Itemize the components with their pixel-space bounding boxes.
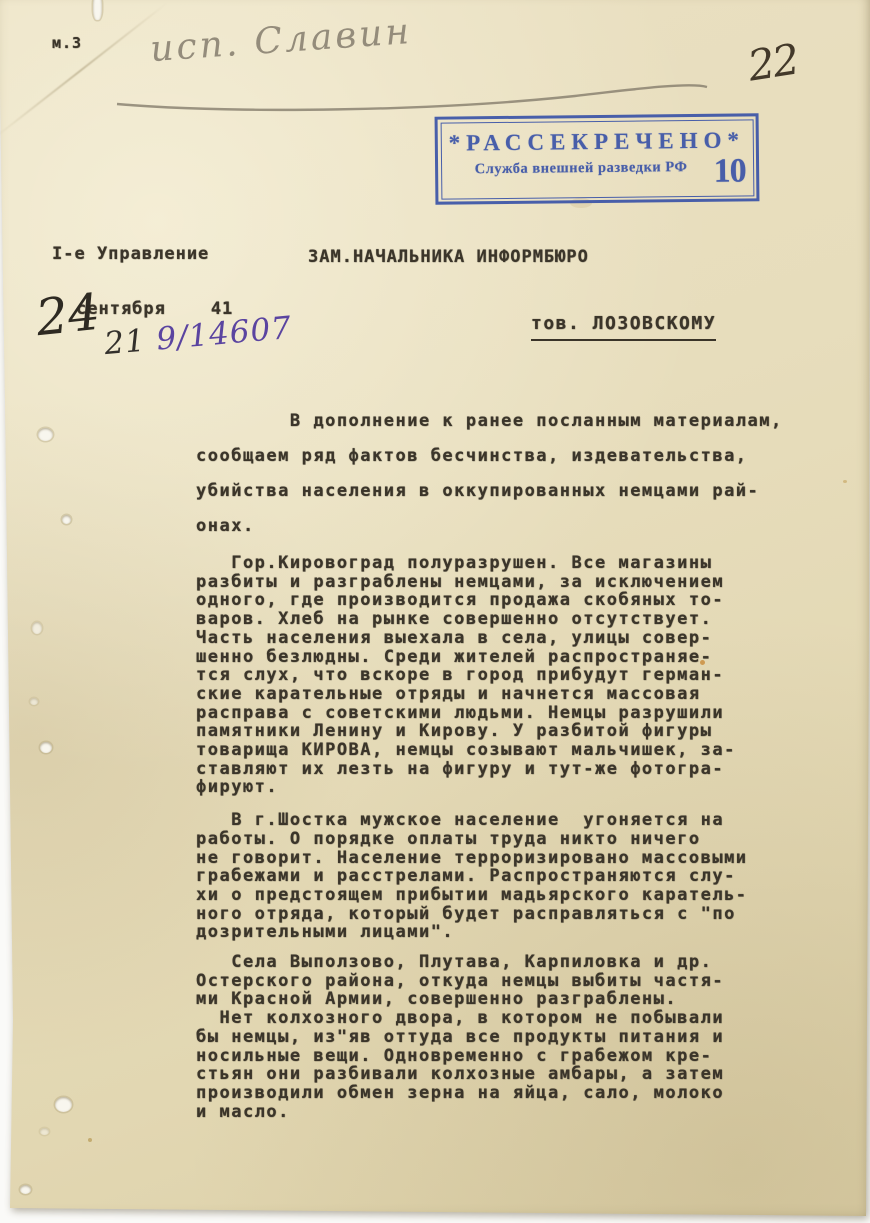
document-line: ставляют их лезть на фигуру и тут-же фот… [196, 760, 776, 779]
document-line: В дополнение к ранее посланным материала… [196, 404, 776, 439]
pencil-underline [105, 66, 720, 116]
registration-number-prefix: 21 [103, 323, 147, 362]
paper-hole [20, 1185, 31, 1194]
document-line: ного отряда, который будет расправляться… [196, 905, 776, 924]
stamp-number: 10 [713, 152, 745, 190]
document-line: памятники Ленину и Кирову. У разбитой фи… [196, 722, 776, 741]
document-line: Нет колхозного двора, в котором не побыв… [196, 1009, 776, 1028]
document-line: В г.Шостка мужское население угоняется н… [196, 811, 776, 830]
document-line: ми Красной Армии, совершенно разграблены… [196, 990, 776, 1009]
paper-hole [30, 698, 38, 705]
paper-hole [40, 742, 52, 753]
document-line: Гор.Кировоград полуразрушен. Все магазин… [196, 554, 776, 573]
stamp-subtitle: Служба внешней разведки РФ [426, 158, 737, 178]
document-line: и масло. [196, 1103, 776, 1122]
document-line: носильные вещи. Одновременно с грабежом … [196, 1047, 776, 1066]
document-line: дозрительными лицами". [196, 923, 776, 942]
document-line: шенно безлюдны. Среди жителей распростра… [196, 648, 776, 667]
addressee-name: тов. ЛОЗОВСКОМУ [531, 313, 716, 341]
document-line: работы. О порядке оплаты труда никто нич… [196, 830, 776, 849]
document-line: Села Выползово, Плутава, Карпиловка и др… [196, 953, 776, 972]
document-line: производили обмен зерна на яйца, сало, м… [196, 1084, 776, 1103]
paper-hole [62, 515, 71, 524]
document-line: Остерского района, откуда немцы выбиты ч… [196, 972, 776, 991]
stain-speck [843, 480, 847, 483]
corner-mark: м.3 [52, 34, 82, 52]
date-day-handwritten: 24 [33, 283, 102, 347]
paper-hole [55, 1097, 72, 1112]
document-line: тся слух, что вскоре в город прибудут ге… [196, 666, 776, 685]
document-line: Часть населения выехала в села, улицы со… [196, 629, 776, 648]
page-number: 22 [744, 34, 801, 90]
declassified-stamp-frame: *РАССЕКРЕЧЕНО* Служба внешней разведки Р… [440, 119, 754, 199]
document-line: стьян они разбивали колхозные амбары, а … [196, 1065, 776, 1084]
stamp-title: *РАССЕКРЕЧЕНО* [441, 127, 752, 156]
document-line: разбиты и разграблены немцами, за исключ… [196, 573, 776, 592]
scanned-document: м.3 исп. Славин 22 *РАССЕКРЕЧЕНО* Служба… [0, 0, 870, 1223]
paper-tear [93, 0, 102, 20]
addressee-title: ЗАМ.НАЧАЛЬНИКА ИНФОРМБЮРО [308, 247, 589, 267]
paragraph-shostka: В г.Шостка мужское население угоняется н… [196, 811, 776, 942]
paper-hole [32, 622, 42, 634]
document-line: убийства населения в оккупированных немц… [196, 474, 776, 509]
paper-hole [38, 428, 53, 441]
paragraph-intro: В дополнение к ранее посланным материала… [196, 404, 776, 544]
document-line: товарища КИРОВА, немцы созывают мальчише… [196, 741, 776, 760]
document-line: грабежами и расстрелами. Распространяютс… [196, 867, 776, 886]
document-line: расправа с советскими людьми. Немцы разр… [196, 704, 776, 723]
document-line: хи о предстоящем прибытии мадьярского ка… [196, 886, 776, 905]
document-body: В дополнение к ранее посланным материала… [196, 404, 776, 1121]
document-line: одного, где производится продажа скобяны… [196, 591, 776, 610]
document-line: ские карательные отряды и начнется массо… [196, 685, 776, 704]
paragraph-villages: Села Выползово, Плутава, Карпиловка и др… [196, 953, 776, 1121]
document-line: фируют. [196, 778, 776, 797]
document-line: онах. [196, 509, 776, 544]
paper-hole [40, 1128, 49, 1135]
declassified-stamp: *РАССЕКРЕЧЕНО* Служба внешней разведки Р… [435, 113, 760, 204]
document-line: варов. Хлеб на рынке совершенно отсутств… [196, 610, 776, 629]
document-line: не говорит. Население терроризировано ма… [196, 849, 776, 868]
document-line: сообщаем ряд фактов бесчинства, издевате… [196, 439, 776, 474]
document-line: бы немцы, из"яв оттуда все продукты пита… [196, 1028, 776, 1047]
stain-speck [88, 1138, 92, 1142]
paragraph-kirovograd: Гор.Кировоград полуразрушен. Все магазин… [196, 554, 776, 797]
department-line: I-е Управление [52, 244, 209, 264]
